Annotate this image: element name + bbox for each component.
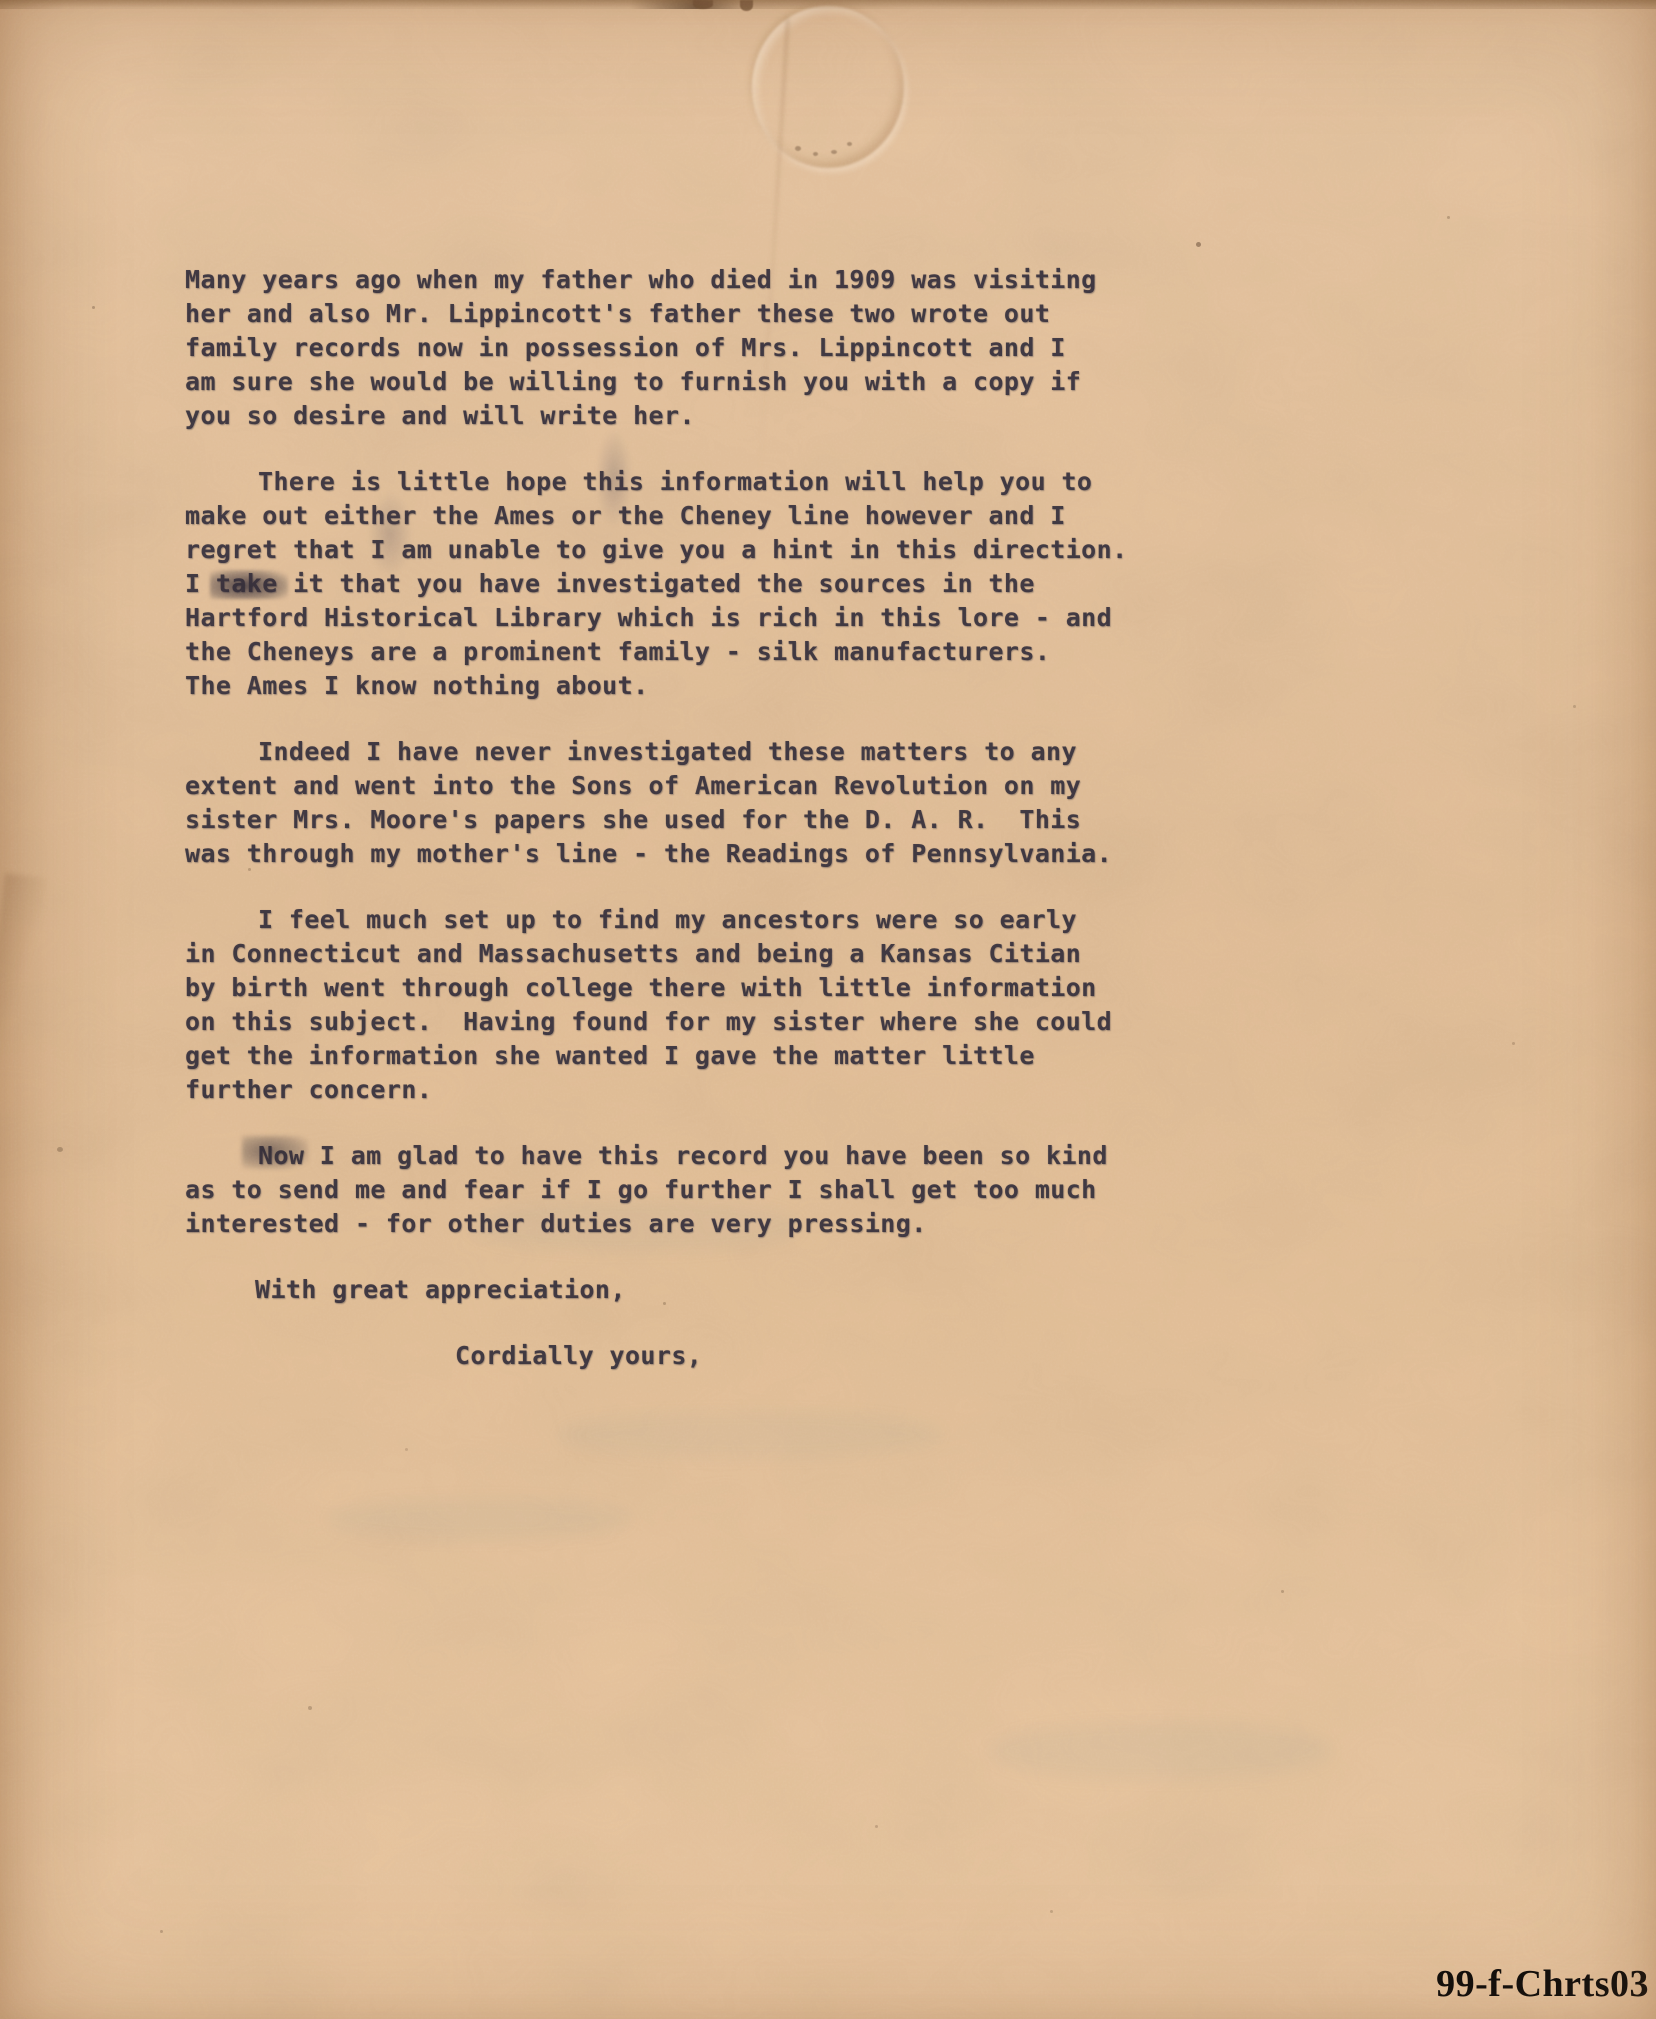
closing-cordially: Cordially yours, bbox=[185, 1339, 1465, 1373]
letter-line: make out either the Ames or the Cheney l… bbox=[185, 499, 1465, 533]
letter-line: was through my mother's line - the Readi… bbox=[185, 837, 1465, 871]
letter-page: Many years ago when my father who died i… bbox=[0, 0, 1656, 2019]
letter-line: The Ames I know nothing about. bbox=[185, 669, 1465, 703]
letter-line: Many years ago when my father who died i… bbox=[185, 263, 1465, 297]
letter-paragraph: Many years ago when my father who died i… bbox=[185, 263, 1465, 433]
letter-line: Now I am glad to have this record you ha… bbox=[185, 1139, 1465, 1173]
letter-body: Many years ago when my father who died i… bbox=[185, 263, 1465, 1373]
paper-speck bbox=[1196, 242, 1201, 247]
letter-line: There is little hope this information wi… bbox=[185, 465, 1465, 499]
letter-line: regret that I am unable to give you a hi… bbox=[185, 533, 1465, 567]
letter-line: Indeed I have never investigated these m… bbox=[185, 735, 1465, 769]
paper-speck bbox=[1447, 216, 1450, 219]
letter-line: further concern. bbox=[185, 1073, 1465, 1107]
letter-line: I feel much set up to find my ancestors … bbox=[185, 903, 1465, 937]
letter-line: by birth went through college there with… bbox=[185, 971, 1465, 1005]
overstruck-word: take bbox=[216, 569, 278, 598]
letter-line: sister Mrs. Moore's papers she used for … bbox=[185, 803, 1465, 837]
paper-speck bbox=[1573, 705, 1576, 708]
paper-speck bbox=[1281, 1590, 1284, 1593]
letter-line: extent and went into the Sons of America… bbox=[185, 769, 1465, 803]
paper-notch bbox=[693, 0, 713, 9]
ring-speck bbox=[813, 152, 818, 156]
closing-appreciation: With great appreciation, bbox=[255, 1273, 1465, 1307]
letter-paragraph: There is little hope this information wi… bbox=[185, 465, 1465, 703]
ink-bleedthrough bbox=[330, 1498, 630, 1540]
ring-impression bbox=[752, 6, 904, 168]
paper-speck bbox=[92, 306, 95, 309]
letter-line: you so desire and will write her. bbox=[185, 399, 1465, 433]
ring-speck bbox=[831, 150, 837, 154]
letter-paragraph: Indeed I have never investigated these m… bbox=[185, 735, 1465, 871]
paper-speck bbox=[160, 1930, 163, 1933]
letter-line: am sure she would be willing to furnish … bbox=[185, 365, 1465, 399]
letter-line: get the information she wanted I gave th… bbox=[185, 1039, 1465, 1073]
letter-line: on this subject. Having found for my sis… bbox=[185, 1005, 1465, 1039]
ring-speck bbox=[795, 146, 801, 151]
letter-line: as to send me and fear if I go further I… bbox=[185, 1173, 1465, 1207]
letter-line: the Cheneys are a prominent family - sil… bbox=[185, 635, 1465, 669]
letter-line: her and also Mr. Lippincott's father the… bbox=[185, 297, 1465, 331]
letter-paragraph: I feel much set up to find my ancestors … bbox=[185, 903, 1465, 1107]
letter-line: interested - for other duties are very p… bbox=[185, 1207, 1465, 1241]
letter-paragraphs: Many years ago when my father who died i… bbox=[185, 263, 1465, 1241]
letter-line: family records now in possession of Mrs.… bbox=[185, 331, 1465, 365]
letter-line: in Connecticut and Massachusetts and bei… bbox=[185, 937, 1465, 971]
letter-paragraph: Now I am glad to have this record you ha… bbox=[185, 1139, 1465, 1241]
paper-crease-left bbox=[0, 873, 49, 1087]
paper-speck bbox=[57, 1147, 63, 1152]
letter-line: I take it that you have investigated the… bbox=[185, 567, 1465, 601]
ink-bleedthrough bbox=[560, 1412, 940, 1458]
corner-label: 99-f-Chrts03 bbox=[1436, 1962, 1649, 2006]
paper-speck bbox=[1512, 1042, 1515, 1045]
ring-speck bbox=[847, 142, 852, 146]
paper-speck bbox=[1050, 1910, 1053, 1913]
paper-speck bbox=[405, 1448, 408, 1451]
ink-bleedthrough bbox=[990, 1722, 1330, 1780]
paper-speck bbox=[875, 1825, 878, 1828]
paper-speck bbox=[308, 1706, 312, 1710]
paper-notch bbox=[740, 0, 753, 11]
smudged-word: Now bbox=[258, 1141, 304, 1170]
letter-line: Hartford Historical Library which is ric… bbox=[185, 601, 1465, 635]
